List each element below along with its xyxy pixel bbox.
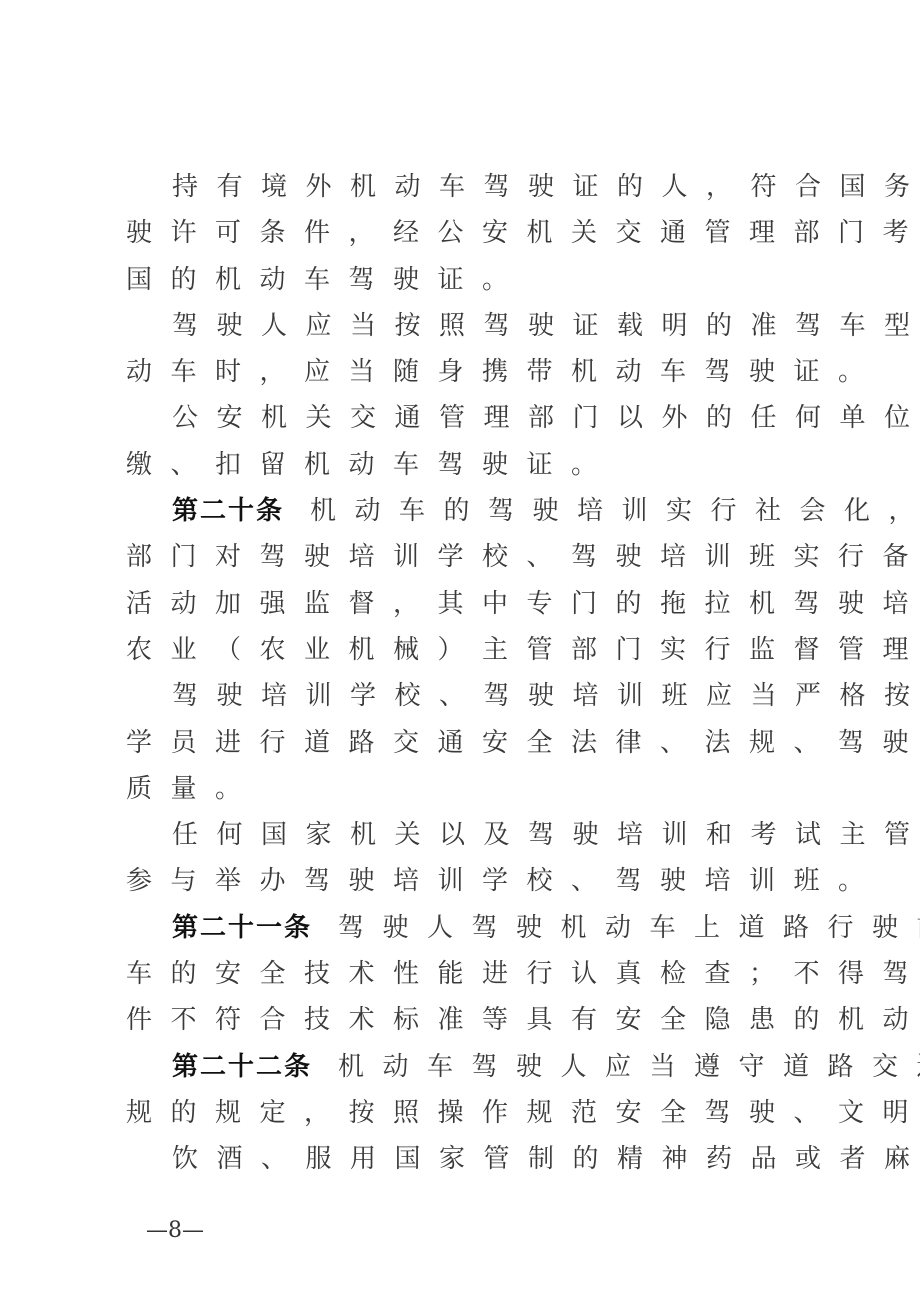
text-line: 车的安全技术性能进行认真检查；不得驾驶安全设施不全或者机 <box>126 951 816 997</box>
text-line: 缴、扣留机动车驾驶证。 <box>126 442 816 488</box>
article-22-line: 第二十二条机动车驾驶人应当遵守道路交通安全法律、法 <box>126 1044 816 1090</box>
article-20-line: 第二十条机动车的驾驶培训实行社会化，由交通运输主管 <box>126 488 816 534</box>
text-line: 持有境外机动车驾驶证的人，符合国务院公安部门规定的驾 <box>126 164 816 210</box>
text-line: 驾驶人应当按照驾驶证载明的准驾车型驾驶机动车；驾驶机 <box>126 303 816 349</box>
text-line: 学员进行道路交通安全法律、法规、驾驶技能的培训，确保培训 <box>126 720 816 766</box>
text-line: 国的机动车驾驶证。 <box>126 257 816 303</box>
text-line: 农业（农业机械）主管部门实行监督管理。 <box>126 627 816 673</box>
page-number: —8— <box>146 1218 204 1243</box>
article-heading: 第二十条 <box>172 496 284 526</box>
article-heading: 第二十一条 <box>172 913 312 943</box>
text-line: 饮酒、服用国家管制的精神药品或者麻醉药品，或者患有妨 <box>126 1136 816 1182</box>
text-line: 任何国家机关以及驾驶培训和考试主管部门不得举办或者 <box>126 812 816 858</box>
text-line: 参与举办驾驶培训学校、驾驶培训班。 <box>126 858 816 904</box>
text-line: 件不符合技术标准等具有安全隐患的机动车。 <box>126 997 816 1043</box>
article-heading: 第二十二条 <box>172 1052 312 1082</box>
text-line: 部门对驾驶培训学校、驾驶培训班实行备案管理，并对驾驶培训 <box>126 534 816 580</box>
text-line: 驾驶培训学校、驾驶培训班应当严格按照国家有关规定，对 <box>126 673 816 719</box>
text-line: 动车时，应当随身携带机动车驾驶证。 <box>126 349 816 395</box>
text-line: 活动加强监督，其中专门的拖拉机驾驶培训学校、驾驶培训班由 <box>126 581 816 627</box>
text-line: 质量。 <box>126 766 816 812</box>
text-line: 规的规定，按照操作规范安全驾驶、文明驾驶。 <box>126 1090 816 1136</box>
text-line: 公安机关交通管理部门以外的任何单位或者个人，不得收 <box>126 395 816 441</box>
text-line: 驶许可条件，经公安机关交通管理部门考核合格的，可以发给中 <box>126 210 816 256</box>
article-21-line: 第二十一条驾驶人驾驶机动车上道路行驶前，应当对机动 <box>126 905 816 951</box>
document-body: 持有境外机动车驾驶证的人，符合国务院公安部门规定的驾 驶许可条件，经公安机关交通… <box>126 164 816 1183</box>
